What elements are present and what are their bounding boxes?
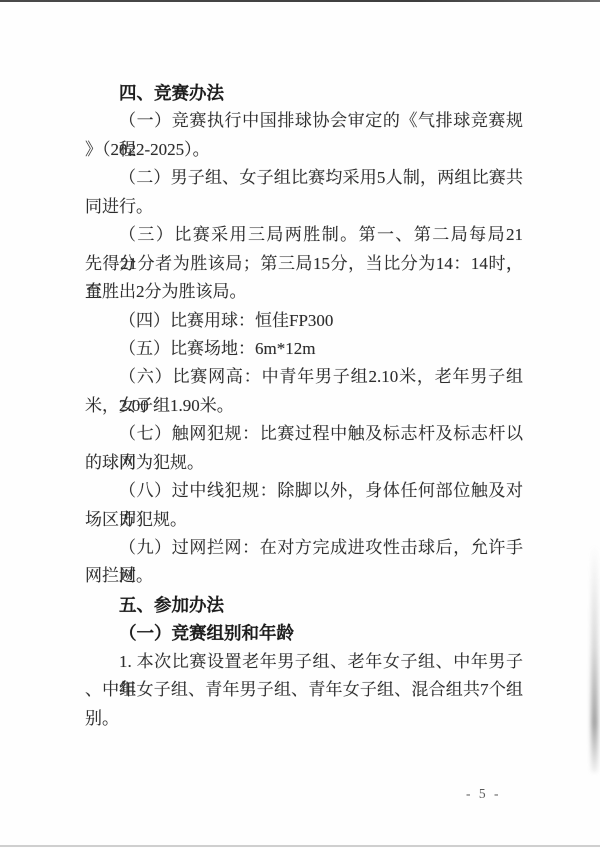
doc-heading-line: 五、参加办法 [85, 591, 523, 619]
doc-line: 1. 本次比赛设置老年男子组、老年女子组、中年男子组 [85, 648, 523, 676]
doc-line: 》（2022-2025）。 [85, 136, 523, 164]
doc-line: （一）竞赛执行中国排球协会审定的《气排球竞赛规程 [85, 107, 523, 135]
scan-artifact-top-edge [0, 0, 600, 2]
doc-line: （五）比赛场地：6m*12m [85, 335, 523, 363]
doc-line: 、中年女子组、青年男子组、青年女子组、混合组共7个组 [85, 676, 523, 704]
doc-line: 别。 [85, 705, 523, 733]
scan-artifact-right-streak [591, 545, 598, 773]
scanned-page: 四、竞赛办法（一）竞赛执行中国排球协会审定的《气排球竞赛规程》（2022-202… [0, 0, 600, 848]
scan-artifact-bottom-edge [0, 845, 600, 847]
doc-line: 的球网为犯规。 [85, 449, 523, 477]
doc-line: 先得21分者为胜该局；第三局15分，当比分为14：14时，直 [85, 250, 523, 278]
doc-line: （九）过网拦网：在对方完成进攻性击球后，允许手过 [85, 534, 523, 562]
doc-line: （二）男子组、女子组比赛均采用5人制，两组比赛共 [85, 164, 523, 192]
doc-heading-line: 四、竞赛办法 [85, 79, 523, 107]
doc-line: （七）触网犯规：比赛过程中触及标志杆及标志杆以内 [85, 420, 523, 448]
doc-line: （八）过中线犯规：除脚以外，身体任何部位触及对方 [85, 477, 523, 505]
doc-line: 米，女子组1.90米。 [85, 392, 523, 420]
doc-line: 同进行。 [85, 193, 523, 221]
doc-line: 至胜出2分为胜该局。 [85, 278, 523, 306]
doc-heading-line: （一）竞赛组别和年龄 [85, 619, 523, 647]
document-lines: 四、竞赛办法（一）竞赛执行中国排球协会审定的《气排球竞赛规程》（2022-202… [85, 79, 523, 733]
doc-line: （六）比赛网高：中青年男子组2.10米，老年男子组2.00 [85, 363, 523, 391]
doc-line: （四）比赛用球：恒佳FP300 [85, 307, 523, 335]
doc-line: 场区即犯规。 [85, 506, 523, 534]
page-number: - 5 - [466, 786, 501, 802]
doc-line: （三）比赛采用三局两胜制。第一、第二局每局21分， [85, 221, 523, 249]
doc-line: 网拦网。 [85, 562, 523, 590]
